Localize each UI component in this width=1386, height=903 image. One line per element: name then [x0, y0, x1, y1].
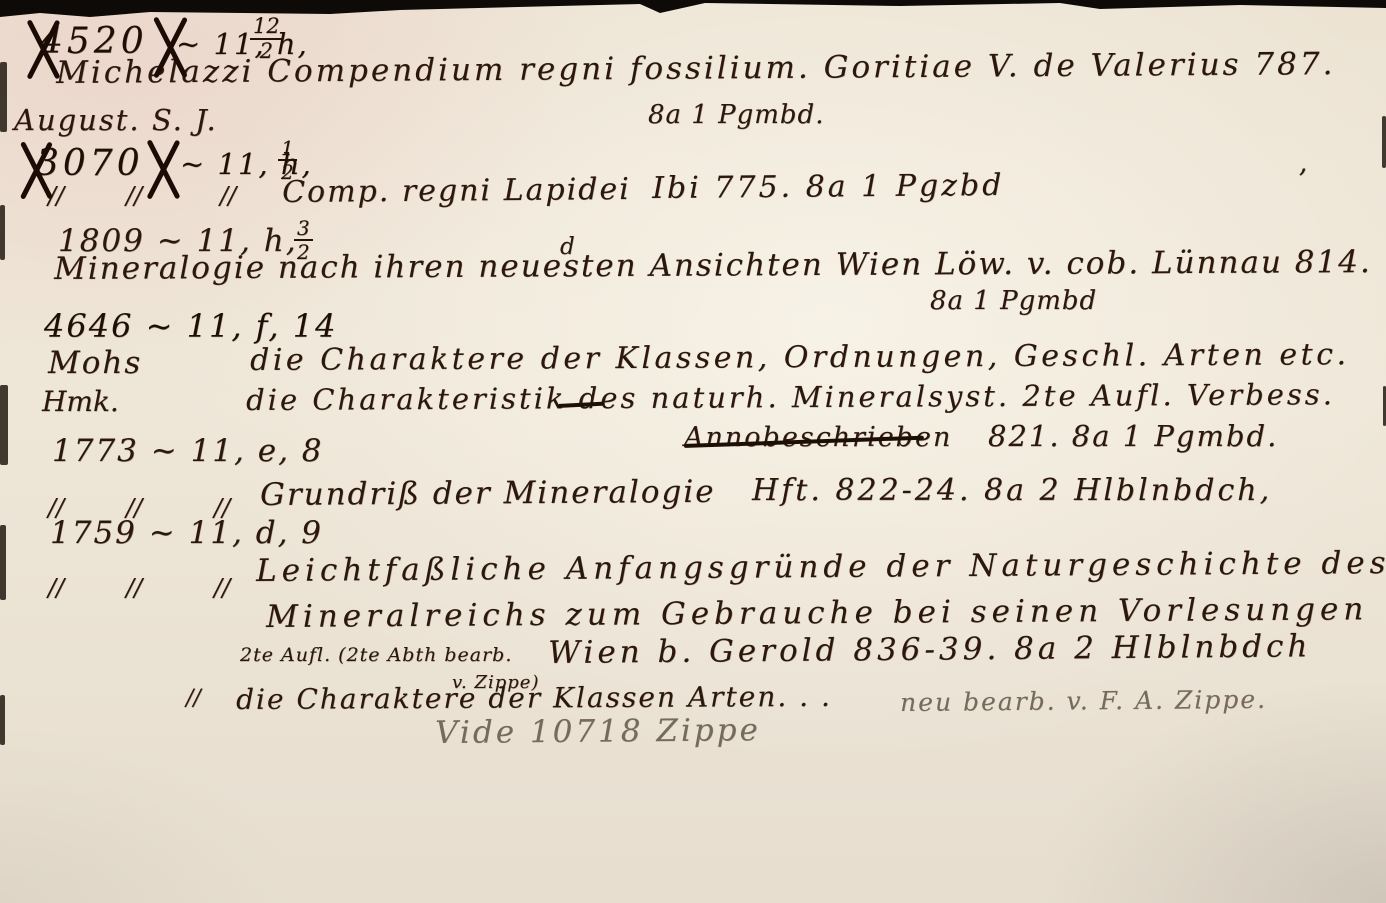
pencil-note: neu bearb. v. F. A. Zippe. [900, 687, 1267, 715]
entry-title: Comp. regni Lapidei [282, 175, 631, 208]
entry-imprint: Wien b. Gerold 836-39. 8a 2 Hlblnbdch [548, 631, 1312, 669]
fraction-denominator: 2 [278, 161, 297, 182]
edition-note: 2te Aufl. (2te Abth bearb. [240, 646, 512, 665]
entry-title: Mineralreichs zum Gebrauche bei seinen V… [266, 594, 1368, 633]
entry-title: Michelazzi Compendium regni fossilium. G… [56, 49, 1335, 89]
left-paper-edge-mark [0, 205, 5, 260]
torn-paper-top-edge [0, 0, 1386, 20]
entry-imprint: 821. 8a 1 Pgmbd. [988, 422, 1278, 451]
ditto-mark: // [220, 184, 236, 208]
manuscript-page: 4520~ 11, h,Michelazzi Compendium regni … [0, 0, 1386, 903]
left-paper-edge-mark [0, 62, 7, 132]
cross-out-x-mark [138, 140, 184, 198]
fraction-numerator: 1 [278, 138, 297, 161]
author-name: Mohs [48, 348, 142, 379]
author-name: August. S. J. [14, 106, 218, 135]
author-abbrev: Hmk. [42, 388, 119, 416]
fraction-denominator: 2 [294, 241, 313, 262]
ditto-mark: // [186, 688, 201, 710]
entry-title: die Charaktere der Klassen Arten. . . [236, 683, 832, 714]
fraction-numerator: 3 [294, 218, 313, 241]
cross-out-x-mark [18, 20, 64, 78]
shelf-number-4646: 4646 ~ 11, f, 14 [44, 310, 337, 342]
fraction-numerator: 12 [250, 16, 283, 40]
fraction-3-2: 32 [294, 218, 313, 262]
entry-title: Mineralogie nach ihren neuesten Ansichte… [54, 247, 1372, 285]
fraction-denominator: 2 [250, 40, 283, 62]
ditto-mark: // [48, 576, 64, 600]
shelf-number-1759: 1759 ~ 11, d, 9 [50, 518, 323, 549]
right-paper-edge-mark [1382, 116, 1386, 168]
fraction-1-2: 12 [278, 138, 297, 182]
entry-title: Grundriß der Mineralogie [260, 477, 716, 511]
format-binding: 8a 1 Pgmbd. [648, 102, 824, 128]
left-paper-edge-mark [0, 695, 5, 745]
entry-imprint: Ibi 775. 8a 1 Pgzbd [652, 171, 1005, 204]
left-paper-edge-mark [0, 385, 8, 465]
fraction-12-2: 122 [250, 16, 283, 62]
left-paper-edge-mark [0, 525, 6, 600]
cross-out-x-mark [144, 18, 192, 78]
ditto-mark: // [214, 576, 230, 600]
flourish: ’ [1298, 166, 1307, 194]
entry-title: Leichtfaßliche Anfangsgründe der Naturge… [256, 548, 1386, 587]
ditto-mark: // [126, 576, 142, 600]
cross-out-x-mark [12, 142, 56, 198]
entry-title: die Charaktere der Klassen, Ordnungen, G… [250, 340, 1350, 376]
format-binding: 8a 1 Pgmbd [930, 288, 1097, 314]
pencil-note: Vide 10718 Zippe [435, 715, 761, 749]
entry-imprint: Hft. 822-24. 8a 2 Hlblnbdch, [752, 476, 1272, 506]
entry-title: die Charakteristik des naturh. Mineralsy… [246, 380, 1335, 415]
shelf-number-1773: 1773 ~ 11, e, 8 [52, 436, 324, 467]
